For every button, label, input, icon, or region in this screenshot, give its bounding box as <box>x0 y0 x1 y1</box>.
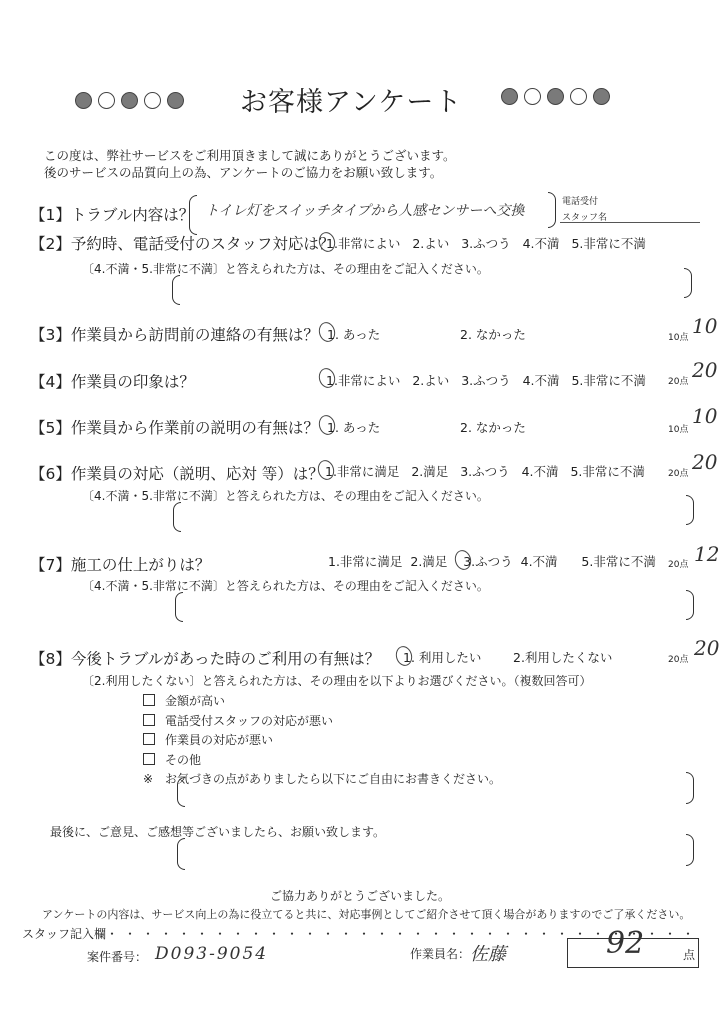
comments-bracket-left[interactable] <box>177 838 185 870</box>
q3-option-2[interactable]: 2. なかった <box>460 325 526 343</box>
option-1[interactable]: 1.非常によい <box>326 373 400 388</box>
option-4[interactable]: 4.不満 <box>522 464 559 479</box>
total-score-value: 92 <box>606 926 644 961</box>
answer-bracket-right <box>548 192 556 228</box>
intro-line-1: この度は、弊社サービスをご利用頂きまして誠にありがとうございます。 <box>44 147 456 164</box>
q8-option-1[interactable]: 1. 利用したい <box>403 648 481 666</box>
worker-name-label: 作業員名： <box>410 945 470 962</box>
thanks-text: ご協力ありがとうございました。 <box>270 887 450 904</box>
worker-name-field[interactable]: 佐藤 <box>470 940 506 966</box>
option-4[interactable]: 4.不満 <box>521 554 558 569</box>
trouble-answer-field[interactable]: トイレ灯をスイッチタイプから人感センサーへ交換 <box>205 200 524 220</box>
question-6: 【6】作業員の対応（説明、応対 等）は？ <box>30 462 324 484</box>
option-1[interactable]: 1.非常によい <box>326 236 400 251</box>
option-2[interactable]: 2.よい <box>412 236 449 251</box>
option-4[interactable]: 4.不満 <box>523 373 560 388</box>
question-number: 【7】 <box>30 556 71 574</box>
filled-circle-icon <box>547 88 564 105</box>
reason-bracket-right <box>686 495 694 525</box>
points-unit-label: 点 <box>683 946 695 963</box>
q2-options: 1.非常によい 2.よい 3.ふつう 4.不満 5.非常に不満 <box>326 234 646 252</box>
disclaimer-text: アンケートの内容は、サービス向上の為に役立てると共に、対応事例としてご紹介させて… <box>42 906 690 922</box>
intro-line-2: 後のサービスの品質向上の為、アンケートのご協力をお願い致します。 <box>44 164 456 181</box>
question-number: 【5】 <box>30 419 71 437</box>
score-field[interactable]: 20 <box>692 358 717 382</box>
header-dots-right <box>501 88 610 105</box>
reason-prompt: 〔4.不満・5.非常に不満〕と答えられた方は、その理由をご記入ください。 <box>82 260 489 277</box>
option-4[interactable]: 4.不満 <box>523 236 560 251</box>
q6-options: 1.非常に満足 2.満足 3.ふつう 4.不満 5.非常に不満 <box>325 462 645 480</box>
comments-bracket-right <box>686 834 694 866</box>
header-dots-left <box>75 92 184 109</box>
question-text: 施工の仕上がりは？ <box>71 556 211 574</box>
checkbox-item[interactable]: 電話受付スタッフの対応が悪い <box>143 712 501 732</box>
option-5[interactable]: 5.非常に不満 <box>571 373 645 388</box>
q4-options: 1.非常によい 2.よい 3.ふつう 4.不満 5.非常に不満 <box>326 371 646 389</box>
case-number-field[interactable]: D093-9054 <box>155 944 268 964</box>
max-points: 20点 <box>668 466 688 479</box>
empty-circle-icon <box>144 92 161 109</box>
checkbox-icon[interactable] <box>143 753 155 765</box>
reason-bracket-right <box>684 268 692 298</box>
option-1[interactable]: 1.非常に満足 <box>328 554 402 569</box>
question-number: 【1】 <box>30 206 71 224</box>
empty-circle-icon <box>524 88 541 105</box>
option-5[interactable]: 5.非常に不満 <box>571 236 645 251</box>
question-3: 【3】作業員から訪問前の連絡の有無は？ <box>30 323 319 345</box>
score-field[interactable]: 12 <box>694 542 719 566</box>
staff-reception-label-1: 電話受付 <box>562 194 598 207</box>
option-2[interactable]: 2.満足 <box>411 464 448 479</box>
question-4: 【4】作業員の印象は？ <box>30 370 195 392</box>
option-3[interactable]: 3.ふつう <box>463 554 512 569</box>
staff-name-line <box>560 222 700 223</box>
q7-options: 1.非常に満足 2.満足 3.ふつう 4.不満 5.非常に不満 <box>328 552 656 570</box>
max-points: 10点 <box>668 422 688 435</box>
question-number: 【6】 <box>30 465 71 483</box>
question-text: 作業員の対応（説明、応対 等）は？ <box>71 465 324 483</box>
checkbox-item[interactable]: その他 <box>143 751 501 771</box>
empty-circle-icon <box>570 88 587 105</box>
option-5[interactable]: 5.非常に不満 <box>581 554 655 569</box>
reason-bracket-right <box>686 590 694 620</box>
reason-prompt: 〔4.不満・5.非常に不満〕と答えられた方は、その理由をご記入ください。 <box>82 487 489 504</box>
page-title: お客様アンケート <box>240 80 462 119</box>
max-points: 20点 <box>668 557 688 570</box>
option-2[interactable]: 2.満足 <box>410 554 447 569</box>
max-points: 20点 <box>668 374 688 387</box>
reason-bracket-left[interactable] <box>175 592 183 622</box>
comments-prompt: 最後に、ご意見、ご感想等ございましたら、お願い致します。 <box>50 823 385 840</box>
case-number-label: 案件番号： <box>87 948 147 965</box>
q5-option-1[interactable]: 1. あった <box>327 418 380 436</box>
question-8: 【8】今後トラブルがあった時のご利用の有無は？ <box>30 647 380 669</box>
q8-option-2[interactable]: 2.利用したくない <box>513 648 612 666</box>
score-field[interactable]: 20 <box>694 636 719 660</box>
question-1: 【1】トラブル内容は？ <box>30 203 194 225</box>
option-5[interactable]: 5.非常に不満 <box>570 464 644 479</box>
score-field[interactable]: 10 <box>692 404 717 428</box>
filled-circle-icon <box>501 88 518 105</box>
checkbox-icon[interactable] <box>143 694 155 706</box>
question-text: 作業員の印象は？ <box>71 373 195 391</box>
reason-bracket-left[interactable] <box>172 275 180 305</box>
max-points: 10点 <box>668 330 688 343</box>
question-text: 予約時、電話受付のスタッフ対応は？ <box>71 235 335 253</box>
question-7: 【7】施工の仕上がりは？ <box>30 553 210 575</box>
question-5: 【5】作業員から作業前の説明の有無は？ <box>30 416 319 438</box>
filled-circle-icon <box>167 92 184 109</box>
option-3[interactable]: 3.ふつう <box>461 236 510 251</box>
filled-circle-icon <box>593 88 610 105</box>
q3-option-1[interactable]: 1. あった <box>327 325 380 343</box>
question-number: 【8】 <box>30 650 71 668</box>
intro-text: この度は、弊社サービスをご利用頂きまして誠にありがとうございます。 後のサービス… <box>44 147 456 181</box>
checkbox-icon[interactable] <box>143 733 155 745</box>
question-2: 【2】予約時、電話受付のスタッフ対応は？ <box>30 232 334 254</box>
option-2[interactable]: 2.よい <box>412 373 449 388</box>
score-field[interactable]: 10 <box>692 314 717 338</box>
q5-option-2[interactable]: 2. なかった <box>460 418 526 436</box>
free-comment-bracket-right <box>686 772 694 804</box>
filled-circle-icon <box>121 92 138 109</box>
max-points: 20点 <box>668 652 688 665</box>
checkbox-list: 金額が高い 電話受付スタッフの対応が悪い 作業員の対応が悪い その他 ※ お気づ… <box>143 692 501 790</box>
question-number: 【3】 <box>30 326 71 344</box>
question-text: トラブル内容は？ <box>71 206 194 224</box>
score-field[interactable]: 20 <box>692 450 717 474</box>
checkbox-icon[interactable] <box>143 714 155 726</box>
question-text: 作業員から作業前の説明の有無は？ <box>71 419 319 437</box>
empty-circle-icon <box>98 92 115 109</box>
free-comment-prompt: ※ お気づきの点がありましたら以下にご自由にお書きください。 <box>143 770 501 790</box>
option-3[interactable]: 3.ふつう <box>461 373 510 388</box>
free-comment-bracket-left[interactable] <box>177 777 185 807</box>
filled-circle-icon <box>75 92 92 109</box>
checkbox-item[interactable]: 作業員の対応が悪い <box>143 731 501 751</box>
reason-prompt: 〔4.不満・5.非常に不満〕と答えられた方は、その理由をご記入ください。 <box>82 577 489 594</box>
question-number: 【4】 <box>30 373 71 391</box>
option-1[interactable]: 1.非常に満足 <box>325 464 399 479</box>
question-number: 【2】 <box>30 235 71 253</box>
reason-prompt: 〔2.利用したくない〕と答えられた方は、その理由を以下よりお選びください。（複数… <box>82 672 591 689</box>
answer-bracket-left <box>189 195 197 235</box>
reason-bracket-left[interactable] <box>173 502 181 532</box>
question-text: 今後トラブルがあった時のご利用の有無は？ <box>71 650 380 668</box>
option-3[interactable]: 3.ふつう <box>460 464 509 479</box>
question-text: 作業員から訪問前の連絡の有無は？ <box>71 326 319 344</box>
checkbox-item[interactable]: 金額が高い <box>143 692 501 712</box>
